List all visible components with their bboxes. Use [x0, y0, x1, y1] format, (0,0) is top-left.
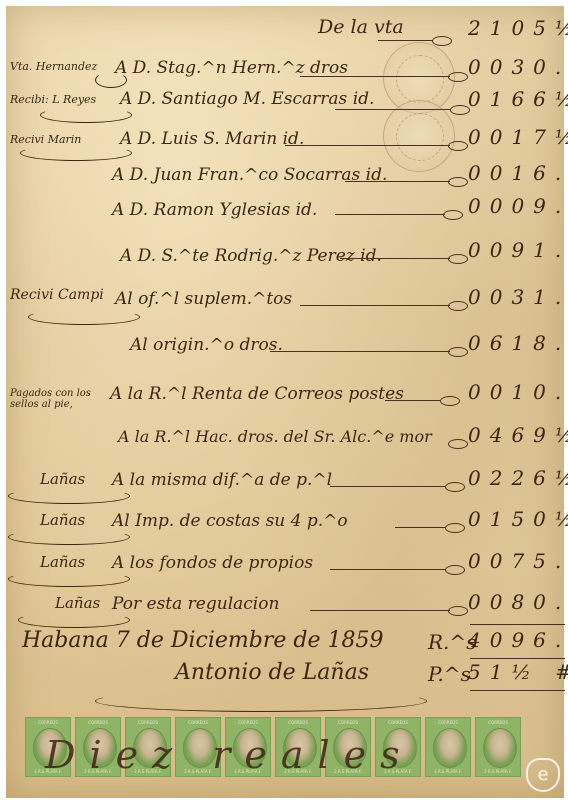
entry-description: A D. Luis S. Marin id. [120, 129, 304, 149]
entry-amount: 0091. [468, 238, 568, 262]
entry-amount: 0618. [468, 331, 568, 355]
leader-line [395, 527, 445, 528]
leader-line [300, 305, 450, 306]
paraph-flourish [8, 529, 130, 545]
entry-description: A D. Stag.^n Hern.^z dros [115, 58, 348, 78]
ledger-entry: Lañas Al Imp. de costas su 4 p.^o 0150½ [0, 511, 568, 541]
entry-amount: 0009. [468, 194, 568, 218]
leader-line [335, 214, 445, 215]
signature-row: Antonio de Lañas P.^s 51½ # [0, 660, 568, 690]
leader-line [378, 40, 433, 41]
leader-line [310, 610, 450, 611]
margin-note: Vta. Hernandez [10, 60, 97, 73]
signature: Antonio de Lañas [175, 660, 369, 685]
ledger-entry: A D. Ramon Yglesias id. 0009. [0, 200, 568, 230]
leader-line [270, 351, 450, 352]
leader-line [340, 258, 450, 259]
paraph-flourish [18, 612, 130, 628]
circle-mark-icon [432, 36, 452, 46]
entry-description: Al Imp. de costas su 4 p.^o [112, 511, 348, 531]
entry-description: Al of.^l suplem.^tos [115, 289, 292, 309]
ebay-watermark-icon: e [526, 758, 560, 792]
entry-amount: 0031. [468, 285, 568, 309]
ledger-entry: Recivi Marin A D. Luis S. Marin id. 0017… [0, 129, 568, 159]
margin-note: Lañas [40, 511, 85, 529]
postage-stamp: CORREOS2 R.S PLATA F. [425, 717, 471, 777]
paraph-flourish [20, 145, 132, 161]
margin-note: Recibi: L Reyes [10, 93, 96, 106]
margin-note: Pagados con los sellos al pie, [10, 388, 110, 410]
entry-amount: 0150½ [468, 507, 568, 531]
circle-mark-icon [445, 565, 465, 575]
circle-mark-icon [448, 301, 468, 311]
margin-note: Lañas [40, 470, 85, 488]
entry-amount: 0017½ [468, 125, 568, 149]
ledger-entry: Vta. Hernandez A D. Stag.^n Hern.^z dros… [0, 58, 568, 88]
leader-line [330, 569, 445, 570]
entry-description: A la R.^l Hac. dros. del Sr. Alc.^e mor [118, 427, 432, 446]
entry-description: A D. S.^te Rodrig.^z Perez id. [120, 246, 382, 266]
circle-mark-icon [448, 177, 468, 187]
carried-forward-row: De la vta 2105½ [0, 16, 568, 46]
leader-line [285, 145, 450, 146]
stamp-cancellation-writing: Diez reales [45, 733, 414, 777]
entry-amount: 0016. [468, 161, 568, 185]
entry-amount: 0469½ [468, 423, 568, 447]
postage-stamp: CORREOS2 R.S PLATA F. [475, 717, 521, 777]
entry-description: A la R.^l Renta de Correos postes [110, 384, 404, 404]
queen-portrait-icon [433, 728, 467, 768]
sum-line [470, 624, 565, 625]
ledger-entry: Lañas A la misma dif.^a de p.^l 0226½ [0, 470, 568, 500]
circle-mark-icon [443, 210, 463, 220]
ledger-entry: Recibi: L Reyes A D. Santiago M. Escarra… [0, 89, 568, 119]
entry-description: Al origin.^o dros. [130, 335, 283, 355]
leader-line [345, 181, 450, 182]
paraph-flourish [8, 488, 130, 504]
ledger-entry: Lañas Por esta regulacion 0080. [0, 594, 568, 624]
pesos-label: P.^s [428, 662, 471, 686]
paraph-flourish [95, 72, 127, 88]
entry-description: A la misma dif.^a de p.^l [112, 470, 332, 490]
circle-mark-icon [445, 482, 465, 492]
entry-amount: 0030. [468, 55, 568, 79]
ledger-entry: A la R.^l Hac. dros. del Sr. Alc.^e mor … [0, 425, 568, 455]
circle-mark-icon [445, 523, 465, 533]
total-amount: 4096. [468, 628, 568, 652]
circle-mark-icon [448, 141, 468, 151]
ledger-entry: Pagados con los sellos al pie, A la R.^l… [0, 380, 568, 410]
circle-mark-icon [450, 105, 470, 115]
margin-note: Lañas [40, 553, 85, 571]
carried-forward-label: De la vta [318, 16, 404, 38]
signature-flourish [95, 690, 427, 712]
leader-line [385, 400, 440, 401]
entry-description: A los fondos de propios [112, 553, 313, 573]
paraph-flourish [8, 571, 130, 587]
ledger-entry: Recivi Campi Al of.^l suplem.^tos 0031. [0, 287, 568, 317]
ledger-entry: A D. S.^te Rodrig.^z Perez id. 0091. [0, 246, 568, 276]
date-line: Habana 7 de Diciembre de 1859 [22, 628, 383, 653]
entry-description: A D. Juan Fran.^co Socarras id. [112, 165, 387, 185]
leader-line [335, 109, 450, 110]
sum-line [470, 658, 565, 659]
entry-amount: 0166½ [468, 87, 568, 111]
ledger-entry: Al origin.^o dros. 0618. [0, 335, 568, 365]
ledger-entry: A D. Juan Fran.^co Socarras id. 0016. [0, 165, 568, 195]
circle-mark-icon [448, 606, 468, 616]
circle-mark-icon [440, 396, 460, 406]
leader-line [300, 76, 450, 77]
entry-amount: 0080. [468, 590, 568, 614]
circle-mark-icon [448, 72, 468, 82]
entry-amount: 0010. [468, 380, 568, 404]
margin-note: Recivi Campi [10, 287, 104, 303]
entry-description: A D. Ramon Yglesias id. [112, 200, 317, 220]
paraph-flourish [40, 107, 132, 123]
circle-mark-icon [448, 347, 468, 357]
margin-note: Lañas [55, 594, 100, 612]
sum-line [470, 690, 565, 691]
circle-mark-icon [448, 439, 468, 449]
pesos-amount: 51½ # [468, 660, 568, 684]
circle-mark-icon [448, 254, 468, 264]
entry-amount: 0226½ [468, 466, 568, 490]
entry-description: Por esta regulacion [112, 594, 279, 614]
entry-amount: 0075. [468, 549, 568, 573]
entry-description: A D. Santiago M. Escarras id. [120, 89, 374, 109]
date-total-row: Habana 7 de Diciembre de 1859 R.^s 4096. [0, 628, 568, 658]
queen-portrait-icon [483, 728, 517, 768]
carried-forward-amount: 2105½ [468, 16, 568, 40]
leader-line [330, 486, 445, 487]
ledger-entry: Lañas A los fondos de propios 0075. [0, 553, 568, 583]
paraph-flourish [28, 309, 140, 325]
